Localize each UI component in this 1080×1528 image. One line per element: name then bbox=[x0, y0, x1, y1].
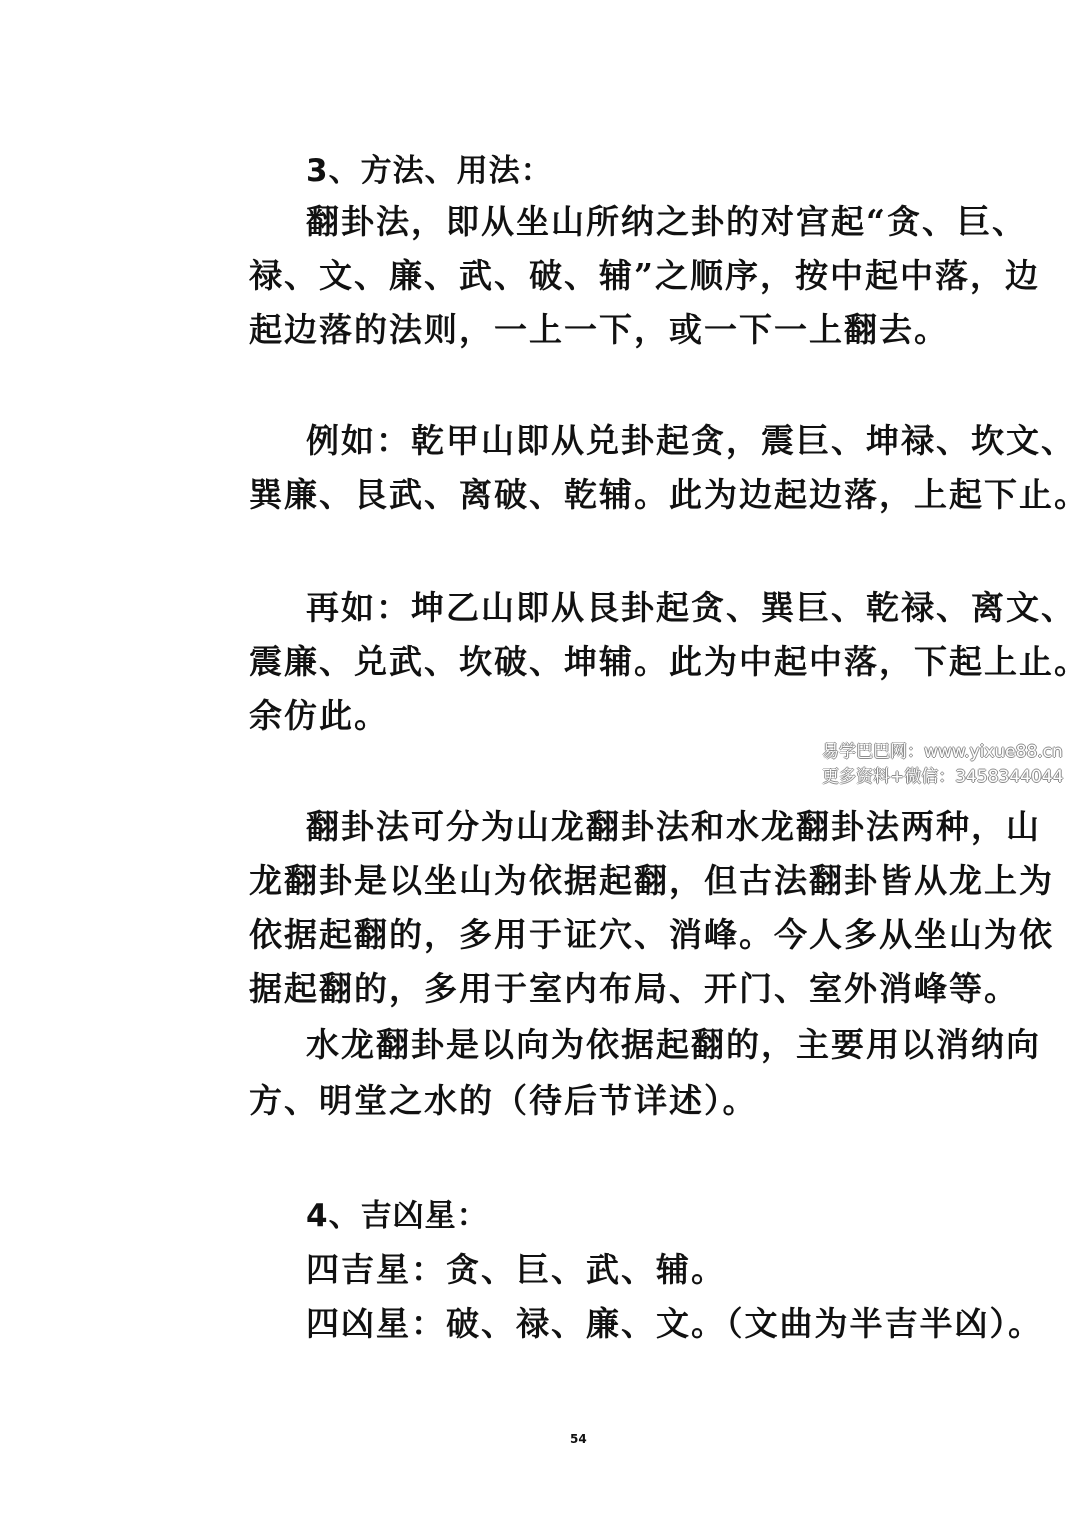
paragraph-line: 方、明堂之水的（待后节详述）。 bbox=[249, 1081, 758, 1121]
example-line: 余仿此。 bbox=[249, 696, 389, 736]
watermark-line-2: 更多资料+微信：3458344044 bbox=[822, 766, 1063, 788]
paragraph-line: 翻卦法，即从坐山所纳之卦的对宫起“贪、巨、 bbox=[306, 202, 1027, 242]
watermark-line-1: 易学巴巴网：www.yixue88.cn bbox=[822, 741, 1063, 763]
paragraph-line: 据起翻的，多用于室内布局、开门、室外消峰等。 bbox=[249, 969, 1019, 1009]
paragraph-line: 依据起翻的，多用于证穴、消峰。今人多从坐山为依 bbox=[249, 915, 1054, 955]
paragraph-line: 禄、文、廉、武、破、辅”之顺序，按中起中落，边 bbox=[249, 256, 1040, 296]
example-line: 例如：乾甲山即从兑卦起贪，震巨、坤禄、坎文、 bbox=[306, 421, 1076, 461]
lucky-stars-line: 四吉星：贪、巨、武、辅。 bbox=[306, 1250, 726, 1290]
paragraph-line: 翻卦法可分为山龙翻卦法和水龙翻卦法两种，山 bbox=[306, 807, 1041, 847]
example-line: 巽廉、艮武、离破、乾辅。此为边起边落，上起下止。 bbox=[249, 475, 1080, 515]
paragraph-line: 水龙翻卦是以向为依据起翻的，主要用以消纳向 bbox=[306, 1025, 1041, 1065]
section-3-heading: 3、方法、用法： bbox=[306, 151, 553, 191]
example-line: 震廉、兑武、坎破、坤辅。此为中起中落，下起上止。 bbox=[249, 642, 1080, 682]
example-line: 再如：坤乙山即从艮卦起贪、巽巨、乾禄、离文、 bbox=[306, 588, 1076, 628]
unlucky-stars-line: 四凶星：破、禄、廉、文。（文曲为半吉半凶）。 bbox=[306, 1304, 1043, 1344]
paragraph-line: 龙翻卦是以坐山为依据起翻，但古法翻卦皆从龙上为 bbox=[249, 861, 1054, 901]
section-4-heading: 4、吉凶星： bbox=[306, 1196, 489, 1236]
page-number: 54 bbox=[570, 1432, 587, 1446]
paragraph-line: 起边落的法则，一上一下，或一下一上翻去。 bbox=[249, 310, 949, 350]
